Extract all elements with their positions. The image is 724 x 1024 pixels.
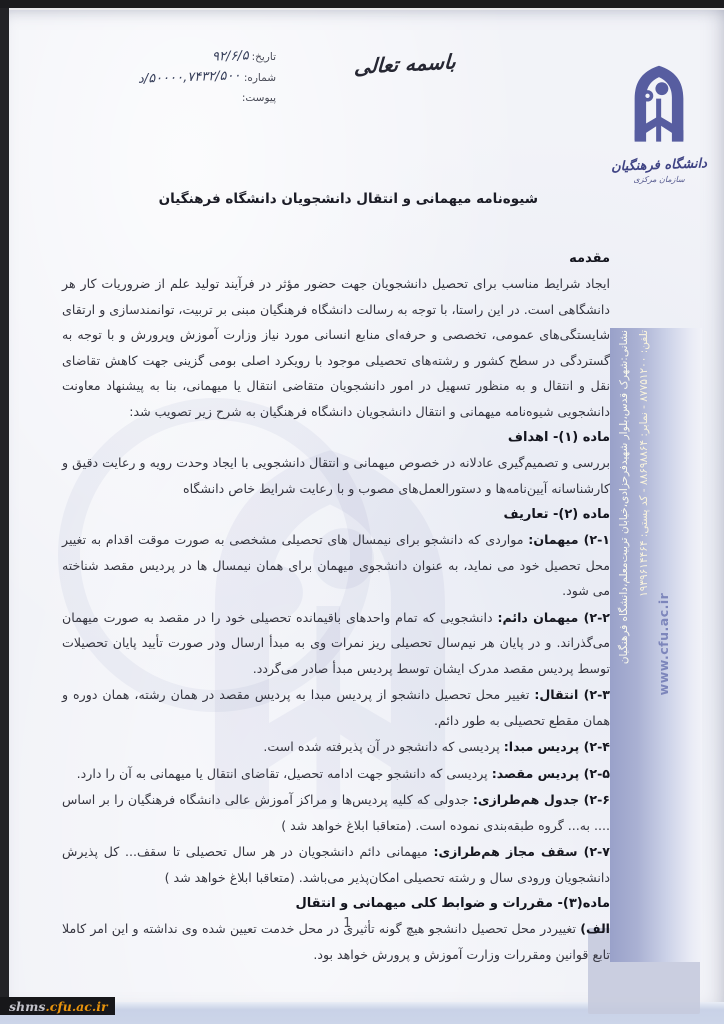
intro-heading: مقدمه [62, 246, 610, 271]
clause-term: میهمان: [528, 532, 578, 547]
number-label: شماره: [244, 72, 276, 84]
definition-item: ۲-۴) پردیس مبدا: پردیسی که دانشجو در آن … [62, 734, 610, 760]
margin-strip-text: نشانی:شهرک قدس،بلوار شهیدفرحزادی،خیابان … [614, 330, 676, 958]
site-watermark-prefix: shms [9, 999, 45, 1014]
university-name: دانشگاه فرهنگیان [600, 156, 718, 175]
intro-paragraph: ایجاد شرایط مناسب برای تحصیل دانشجویان ج… [62, 271, 610, 424]
attachment-row: پیوست: [66, 88, 276, 109]
document-body: مقدمه ایجاد شرایط مناسب برای تحصیل دانشج… [62, 246, 610, 968]
clause-number: ۲-۶) [584, 792, 610, 807]
article3-heading: ماده(۳)- مقررات و ضوابط کلی میهمانی و ان… [62, 891, 610, 916]
clause-term: پردیس مقصد: [492, 766, 580, 781]
contact-line: تلفن: ۸۷۷۵۱۲۰۰ - نمابر: ۸۸۶۹۸۸۶۴ - کد پس… [634, 330, 654, 958]
definition-item: ۲-۱) میهمان: مواردی که دانشجو برای نیمسا… [62, 527, 610, 604]
clause-text: پردیسی که دانشجو جهت ادامه تحصیل، تقاضای… [77, 766, 488, 781]
number-value: د/۵۰۰۰۰,۷۴۳۲/۵۰۰ [138, 65, 241, 90]
site-watermark-suffix: .cfu.ac.ir [45, 999, 107, 1014]
document-title: شیوه‌نامه میهمانی و انتقال دانشجویان دان… [159, 191, 538, 207]
clause-number: ۲-۱) [584, 532, 610, 547]
university-logo-icon [616, 60, 702, 156]
article1-paragraph: بررسی و تصمیم‌گیری عادلانه در خصوص میهما… [62, 450, 610, 501]
definition-item: ۲-۷) سقف مجاز هم‌طرازی: میهمانی دائم دان… [62, 839, 610, 890]
date-value: ۹۲/۶/۵ [211, 45, 248, 67]
page-number: 1 [322, 916, 372, 931]
clause-number: ۲-۲) [584, 610, 610, 625]
date-row: تاریخ: ۹۲/۶/۵ [66, 46, 276, 67]
letterhead-meta: تاریخ: ۹۲/۶/۵ شماره: د/۵۰۰۰۰,۷۴۳۲/۵۰۰ پی… [66, 46, 276, 109]
clause-number: الف) [580, 921, 610, 936]
definition-item: ۲-۵) پردیس مقصد: پردیسی که دانشجو جهت اد… [62, 761, 610, 787]
scanned-document: تاریخ: ۹۲/۶/۵ شماره: د/۵۰۰۰۰,۷۴۳۲/۵۰۰ پی… [0, 0, 724, 1024]
definition-item: ۲-۳) انتقال: تغییر محل تحصیل دانشجو از پ… [62, 682, 610, 733]
address-line: نشانی:شهرک قدس،بلوار شهیدفرحزادی،خیابان … [614, 330, 634, 958]
scan-edge-top [0, 0, 724, 10]
definition-item: ۲-۶) جدول هم‌طرازی: جدولی که کلیه پردیس‌… [62, 787, 610, 838]
scan-edge-left [0, 8, 9, 1000]
clause-term: جدول هم‌طرازی: [473, 792, 579, 807]
clause-text: تغییر محل تحصیل دانشجو از پردیس مبدا به … [62, 687, 610, 728]
article1-heading: ماده (۱)- اهداف [62, 425, 610, 450]
article2-heading: ماده (۲)- تعاریف [62, 502, 610, 527]
university-logo: دانشگاه فرهنگیان سازمان مرکزی [600, 60, 718, 184]
clause-term: میهمان دائم: [497, 610, 578, 625]
clause-number: ۲-۷) [584, 844, 610, 859]
clause-text: پردیسی که دانشجو در آن پذیرفته شده است. [263, 739, 499, 754]
site-watermark: shms .cfu.ac.ir [0, 997, 115, 1015]
clause-term: پردیس مبدا: [504, 739, 580, 754]
clause-number: ۲-۵) [584, 766, 610, 781]
attachment-label: پیوست: [242, 92, 276, 104]
date-label: تاریخ: [252, 51, 276, 63]
clause-number: ۲-۴) [584, 739, 610, 754]
clause-term: انتقال: [534, 687, 578, 702]
website-line: www.cfu.ac.ir [654, 330, 674, 958]
definition-item: ۲-۲) میهمان دائم: دانشجویی که تمام واحده… [62, 605, 610, 682]
clause-number: ۲-۳) [584, 687, 610, 702]
central-organization-label: سازمان مرکزی [600, 175, 718, 184]
clause-term: سقف مجاز هم‌طرازی: [433, 844, 577, 859]
number-row: شماره: د/۵۰۰۰۰,۷۴۳۲/۵۰۰ [66, 67, 276, 88]
